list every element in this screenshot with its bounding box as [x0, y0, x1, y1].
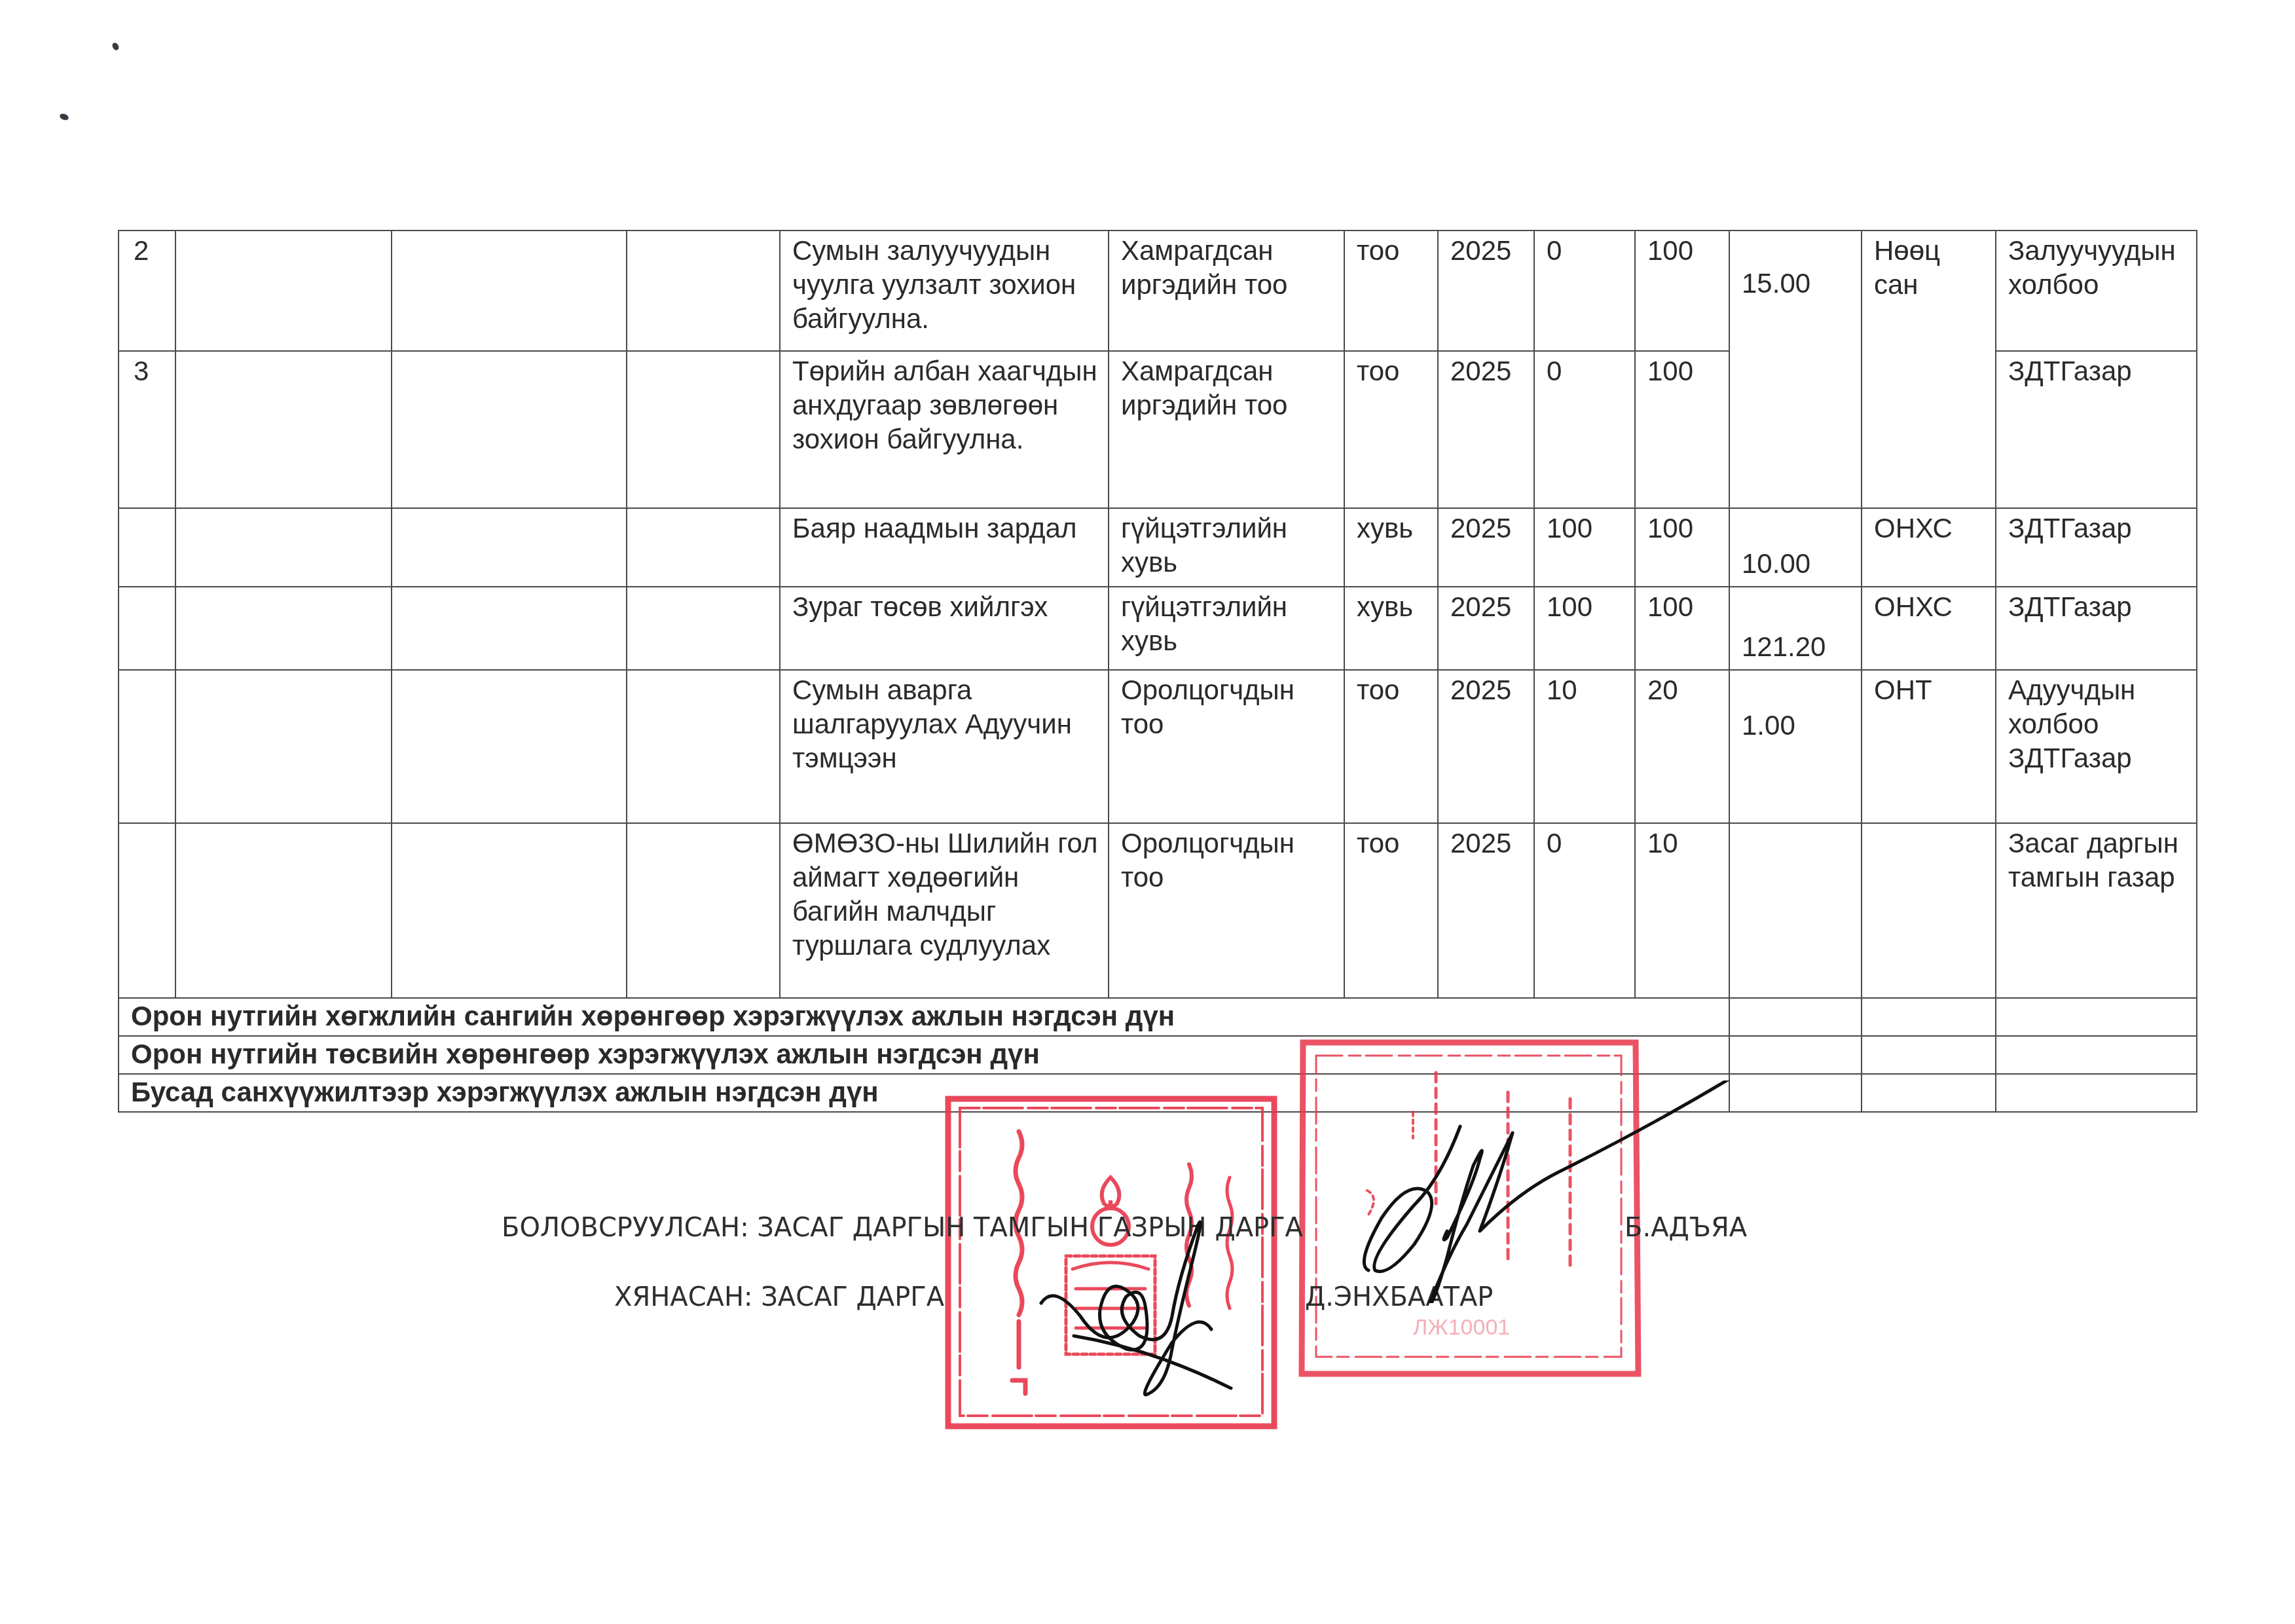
empty-cell	[392, 231, 627, 351]
summary-responsible	[1996, 998, 2197, 1036]
row-number: 2	[119, 231, 175, 351]
summary-amount	[1729, 1036, 1862, 1074]
empty-cell	[627, 231, 780, 351]
target-cell: 100	[1635, 587, 1729, 670]
indicator-cell: гүйцэтгэлийн хувь	[1109, 587, 1344, 670]
amount-cell: 15.00	[1729, 231, 1862, 508]
baseline-cell: 10	[1534, 670, 1635, 823]
action-plan-table: 2 Сумын залуучуудын чуулга уулзалт зохио…	[118, 230, 2197, 1113]
activity-cell: Сумын залуучуудын чуулга уулзалт зохион …	[780, 231, 1109, 351]
year-cell: 2025	[1438, 670, 1534, 823]
signature-prepared	[1342, 1080, 1761, 1303]
empty-cell	[392, 351, 627, 508]
row-number	[119, 823, 175, 998]
baseline-cell: 100	[1534, 587, 1635, 670]
empty-cell	[627, 823, 780, 998]
activity-cell: Сумын аварга шалгаруулах Адуучин тэмцээн	[780, 670, 1109, 823]
amount-value: 1.00	[1742, 710, 1795, 741]
empty-cell	[627, 508, 780, 587]
empty-cell	[627, 587, 780, 670]
summary-amount	[1729, 1074, 1862, 1112]
empty-cell	[175, 670, 392, 823]
summary-label: Бусад санхүүжилтээр хэрэгжүүлэх ажлын нэ…	[119, 1074, 1729, 1112]
year-cell: 2025	[1438, 508, 1534, 587]
empty-cell	[627, 670, 780, 823]
empty-cell	[175, 823, 392, 998]
empty-cell	[627, 351, 780, 508]
year-cell: 2025	[1438, 351, 1534, 508]
indicator-cell: Хамрагдсан иргэдийн тоо	[1109, 351, 1344, 508]
funding-source-cell: ОНХС	[1862, 587, 1996, 670]
summary-row: Орон нутгийн төсвийн хөрөнгөөр хэрэгжүүл…	[119, 1036, 2197, 1074]
year-cell: 2025	[1438, 823, 1534, 998]
baseline-cell: 100	[1534, 508, 1635, 587]
unit-cell: тоо	[1344, 670, 1438, 823]
activity-cell: Зураг төсөв хийлгэх	[780, 587, 1109, 670]
amount-cell: 121.20	[1729, 587, 1862, 670]
unit-cell: тоо	[1344, 823, 1438, 998]
empty-cell	[175, 587, 392, 670]
indicator-cell: Хамрагдсан иргэдийн тоо	[1109, 231, 1344, 351]
responsible-cell: Засаг даргын тамгын газар	[1996, 823, 2197, 998]
empty-cell	[392, 670, 627, 823]
row-number	[119, 670, 175, 823]
year-cell: 2025	[1438, 587, 1534, 670]
scan-speck	[111, 42, 120, 52]
activity-cell: Төрийн албан хаагчдын анхдугаар зөвлөгөө…	[780, 351, 1109, 508]
activity-cell: ӨМӨЗО-ны Шилийн гол аймагт хөдөөгийн баг…	[780, 823, 1109, 998]
empty-cell	[392, 587, 627, 670]
prepared-by-name: Б.АДЪЯА	[1625, 1213, 1747, 1243]
funding-source-cell: Нөөц сан	[1862, 231, 1996, 508]
empty-cell	[392, 823, 627, 998]
row-number: 3	[119, 351, 175, 508]
target-cell: 100	[1635, 508, 1729, 587]
empty-cell	[175, 508, 392, 587]
summary-source	[1862, 998, 1996, 1036]
activity-cell: Баяр наадмын зардал	[780, 508, 1109, 587]
empty-cell	[175, 231, 392, 351]
reviewed-by-name: Д.ЭНХБААТАР	[1305, 1282, 1493, 1312]
baseline-cell: 0	[1534, 231, 1635, 351]
indicator-cell: Оролцогчдын тоо	[1109, 823, 1344, 998]
official-seal-stamp	[942, 1092, 1282, 1433]
indicator-cell: Оролцогчдын тоо	[1109, 670, 1344, 823]
baseline-cell: 0	[1534, 351, 1635, 508]
responsible-cell: ЗДТГазар	[1996, 587, 2197, 670]
unit-cell: тоо	[1344, 351, 1438, 508]
summary-source	[1862, 1074, 1996, 1112]
target-cell: 100	[1635, 231, 1729, 351]
responsible-cell: Адуучдын холбоо ЗДТГазар	[1996, 670, 2197, 823]
summary-row: Бусад санхүүжилтээр хэрэгжүүлэх ажлын нэ…	[119, 1074, 2197, 1112]
unit-cell: хувь	[1344, 508, 1438, 587]
funding-source-cell	[1862, 823, 1996, 998]
reviewed-by-label: ХЯНАСАН: ЗАСАГ ДАРГА	[614, 1282, 944, 1312]
summary-source	[1862, 1036, 1996, 1074]
target-cell: 10	[1635, 823, 1729, 998]
funding-source-cell: ОНХС	[1862, 508, 1996, 587]
unit-cell: тоо	[1344, 231, 1438, 351]
stamp-serial: ЛЖ10001	[1413, 1315, 1510, 1340]
target-cell: 100	[1635, 351, 1729, 508]
target-cell: 20	[1635, 670, 1729, 823]
table-row: Баяр наадмын зардал гүйцэтгэлийн хувь ху…	[119, 508, 2197, 587]
row-number	[119, 508, 175, 587]
indicator-cell: гүйцэтгэлийн хувь	[1109, 508, 1344, 587]
baseline-cell: 0	[1534, 823, 1635, 998]
amount-value: 15.00	[1742, 268, 1810, 299]
empty-cell	[175, 351, 392, 508]
summary-row: Орон нутгийн хөгжлийн сангийн хөрөнгөөр …	[119, 998, 2197, 1036]
row-number	[119, 587, 175, 670]
prepared-by-label: БОЛОВСРУУЛСАН: ЗАСАГ ДАРГЫН ТАМГЫН ГАЗРЫ…	[502, 1213, 1303, 1243]
summary-amount	[1729, 998, 1862, 1036]
year-cell: 2025	[1438, 231, 1534, 351]
responsible-cell: ЗДТГазар	[1996, 351, 2197, 508]
funding-source-cell: ОНТ	[1862, 670, 1996, 823]
unit-cell: хувь	[1344, 587, 1438, 670]
table-row: Зураг төсөв хийлгэх гүйцэтгэлийн хувь ху…	[119, 587, 2197, 670]
summary-label: Орон нутгийн хөгжлийн сангийн хөрөнгөөр …	[119, 998, 1729, 1036]
summary-responsible	[1996, 1074, 2197, 1112]
summary-responsible	[1996, 1036, 2197, 1074]
table-row: ӨМӨЗО-ны Шилийн гол аймагт хөдөөгийн баг…	[119, 823, 2197, 998]
responsible-cell: Залуучуудын холбоо	[1996, 231, 2197, 351]
amount-cell	[1729, 823, 1862, 998]
table-row: 2 Сумын залуучуудын чуулга уулзалт зохио…	[119, 231, 2197, 351]
amount-cell: 1.00	[1729, 670, 1862, 823]
responsible-cell: ЗДТГазар	[1996, 508, 2197, 587]
amount-cell: 10.00	[1729, 508, 1862, 587]
scan-speck	[59, 113, 69, 121]
empty-cell	[392, 508, 627, 587]
table-row: Сумын аварга шалгаруулах Адуучин тэмцээн…	[119, 670, 2197, 823]
summary-label: Орон нутгийн төсвийн хөрөнгөөр хэрэгжүүл…	[119, 1036, 1729, 1074]
